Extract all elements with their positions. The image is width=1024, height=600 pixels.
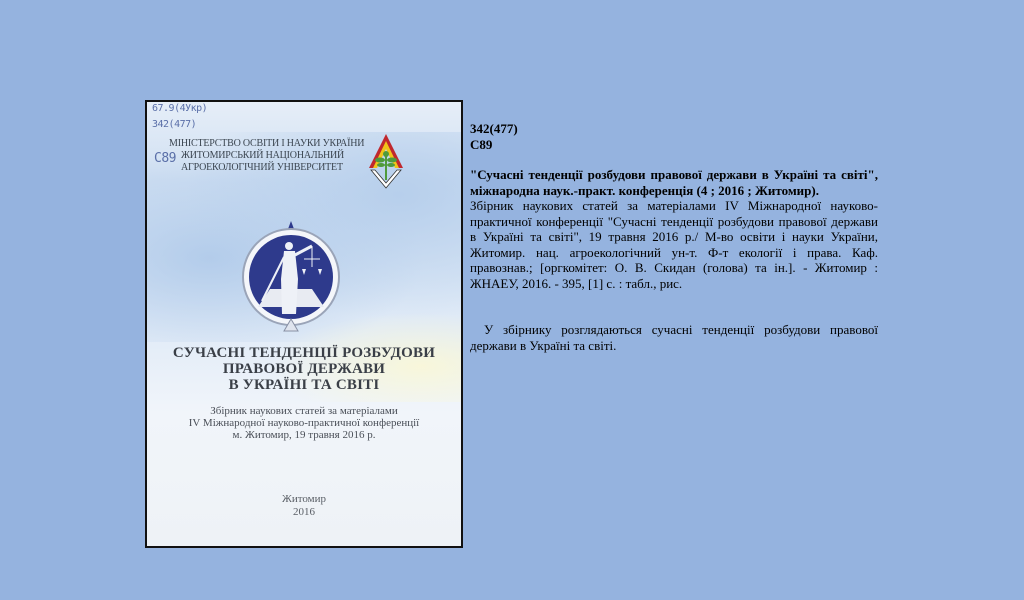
university-logo-icon <box>367 132 405 192</box>
author-mark: С89 <box>470 137 878 153</box>
handwritten-classification: 67.9(4Укр) <box>152 103 207 114</box>
subtitle-line-1: Збірник наукових статей за матеріалами <box>147 405 461 417</box>
subtitle-line-2: IV Міжнародної науково-практичної конфер… <box>147 417 461 429</box>
imprint-city: Житомир <box>147 493 461 506</box>
title-line-1: СУЧАСНІ ТЕНДЕНЦІЇ РОЗБУДОВИ <box>147 345 461 361</box>
record-description: Збірник наукових статей за матеріалами I… <box>470 198 878 291</box>
record-title: "Сучасні тенденції розбудови правової де… <box>470 167 878 198</box>
publisher-block: МІНІСТЕРСТВО ОСВІТИ І НАУКИ УКРАЇНИ ЖИТО… <box>169 138 384 174</box>
bibliographic-record: 342(477) С89 "Сучасні тенденції розбудов… <box>470 121 878 353</box>
book-subtitle: Збірник наукових статей за матеріалами I… <box>147 405 461 441</box>
classification-index: 342(477) <box>470 121 878 137</box>
book-cover-image: 67.9(4Укр) 342(477) С89 МІНІСТЕРСТВО ОСВ… <box>145 100 463 548</box>
university-line-1: ЖИТОМИРСЬКИЙ НАЦІОНАЛЬНИЙ <box>169 150 384 162</box>
book-title: СУЧАСНІ ТЕНДЕНЦІЇ РОЗБУДОВИ ПРАВОВОЇ ДЕР… <box>147 345 461 393</box>
imprint: Житомир 2016 <box>147 493 461 519</box>
title-line-2: ПРАВОВОЇ ДЕРЖАВИ <box>147 361 461 377</box>
record-annotation: У збірнику розглядаються сучасні тенденц… <box>470 322 878 353</box>
handwritten-index: 342(477) <box>152 119 196 130</box>
title-line-3: В УКРАЇНІ ТА СВІТІ <box>147 377 461 393</box>
imprint-year: 2016 <box>147 506 461 519</box>
subtitle-line-3: м. Житомир, 19 травня 2016 р. <box>147 429 461 441</box>
ministry-line: МІНІСТЕРСТВО ОСВІТИ І НАУКИ УКРАЇНИ <box>169 138 384 150</box>
university-line-2: АГРОЕКОЛОГІЧНИЙ УНІВЕРСИТЕТ <box>169 162 384 174</box>
themis-justice-emblem-icon <box>240 219 342 334</box>
